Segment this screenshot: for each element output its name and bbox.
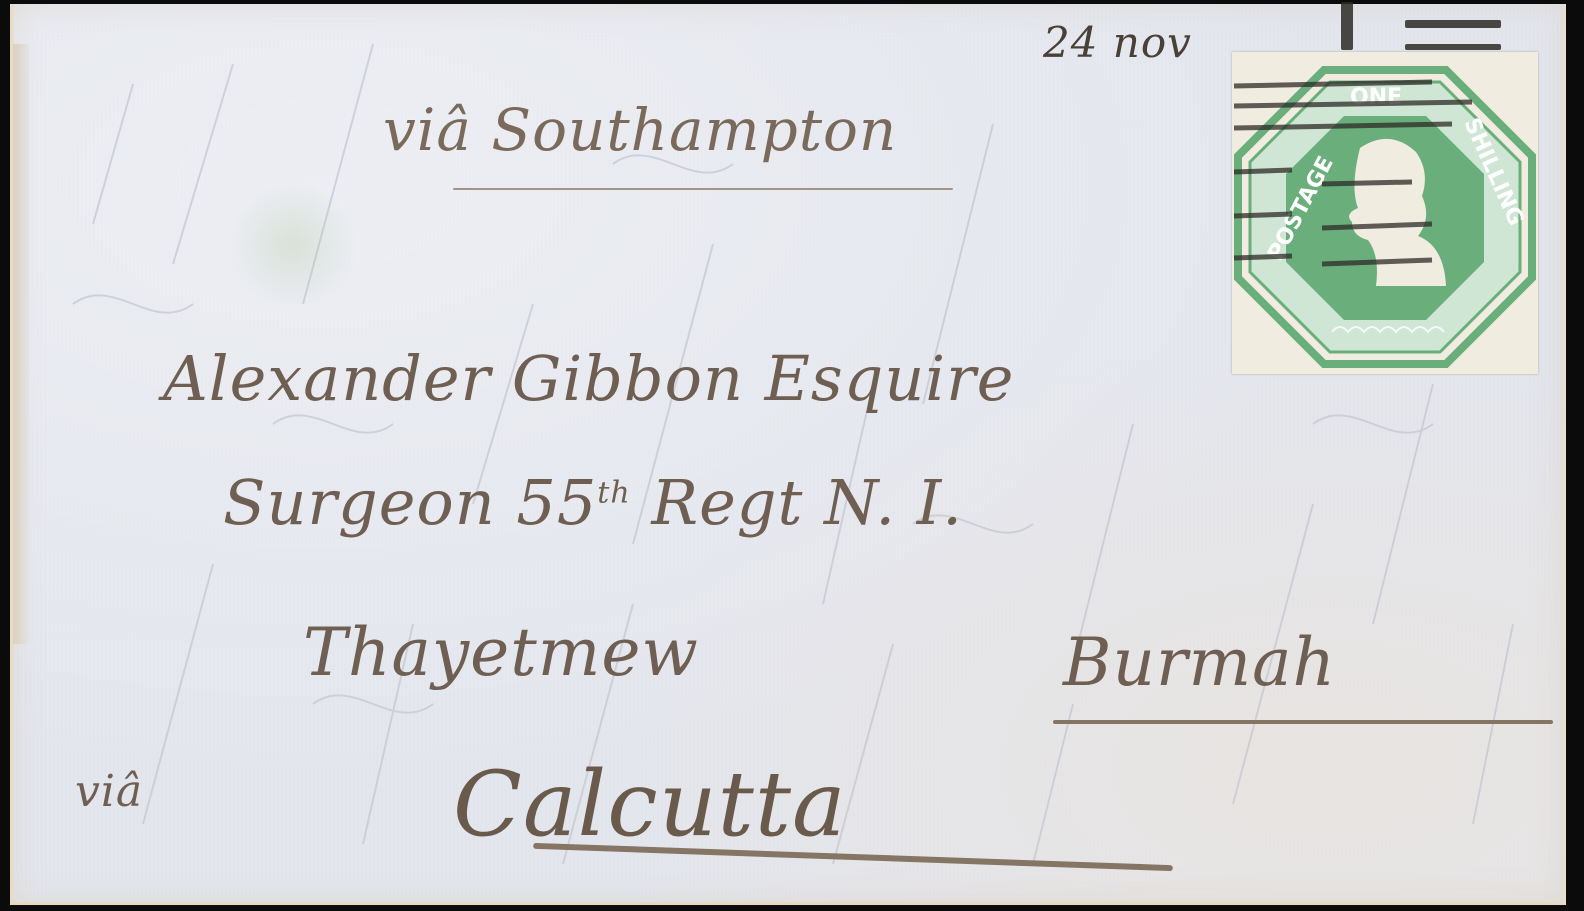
route-via: viâ	[75, 766, 143, 817]
docket-date: 24 nov	[1043, 18, 1192, 67]
city-underline	[533, 843, 1173, 871]
cover-flap-edge	[13, 44, 29, 644]
regiment-prefix: Surgeon 55	[223, 466, 597, 539]
route-via-southampton: viâ Southampton	[383, 96, 897, 164]
address-country: Burmah	[1063, 624, 1336, 701]
route-underline	[453, 188, 953, 190]
cancel-bar	[1405, 20, 1501, 28]
regiment-superscript: th	[597, 475, 630, 510]
regiment-suffix: Regt N. I.	[651, 466, 963, 539]
address-town: Thayetmew	[303, 614, 699, 691]
address-regiment: Surgeon 55th Regt N. I.	[223, 466, 963, 539]
address-addressee: Alexander Gibbon Esquire	[163, 342, 1014, 415]
stamp-embossed-octagon: POSTAGE ONE SHILLING	[1232, 52, 1538, 374]
address-city: Calcutta	[453, 752, 847, 857]
cancel-bar	[1341, 2, 1353, 50]
postage-stamp: POSTAGE ONE SHILLING	[1232, 52, 1538, 374]
country-underline	[1053, 720, 1553, 724]
ink-stain	[223, 184, 363, 304]
cancel-bar	[1405, 44, 1501, 50]
